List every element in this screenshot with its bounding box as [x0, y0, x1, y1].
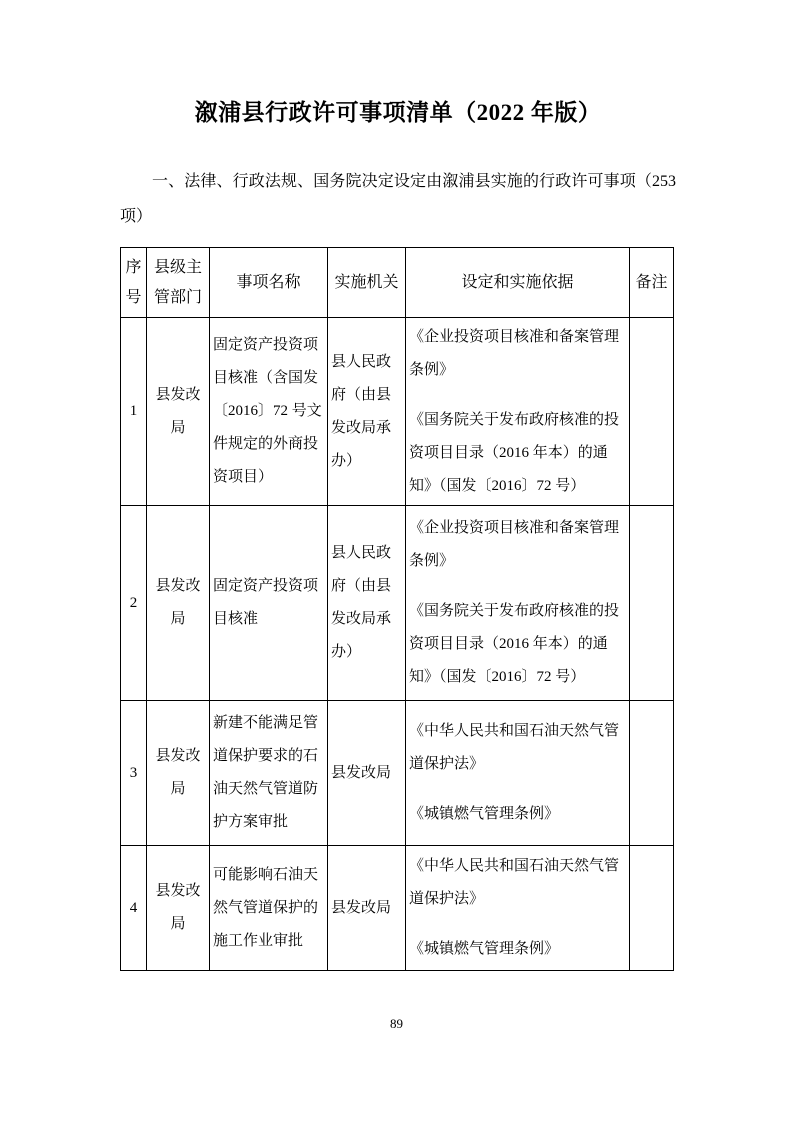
department-cell: 县发改局 [147, 846, 210, 971]
agency-cell: 县人民政府（由县发改局承办） [328, 506, 406, 701]
department-cell: 县发改局 [147, 701, 210, 846]
page-content: 溆浦县行政许可事项清单（2022 年版） 一、法律、行政法规、国务院决定设定由溆… [0, 0, 793, 971]
header-cell-agency: 实施机关 [328, 248, 406, 318]
agency-cell: 县发改局 [328, 701, 406, 846]
header-cell-department: 县级主管部门 [147, 248, 210, 318]
table-header-row: 序号 县级主管部门 事项名称 实施机关 设定和实施依据 备注 [121, 248, 674, 318]
basis-cell: 《企业投资项目核准和备案管理条例》 《国务院关于发布政府核准的投资项目目录（20… [406, 318, 630, 506]
agency-cell: 县发改局 [328, 846, 406, 971]
row-number-cell: 4 [121, 846, 147, 971]
remark-cell [630, 846, 674, 971]
table-row: 1 县发改局 固定资产投资项目核准（含国发〔2016〕72 号文件规定的外商投资… [121, 318, 674, 506]
table-row: 2 县发改局 固定资产投资项目核准 县人民政府（由县发改局承办） 《企业投资项目… [121, 506, 674, 701]
basis-cell: 《企业投资项目核准和备案管理条例》 《国务院关于发布政府核准的投资项目目录（20… [406, 506, 630, 701]
header-cell-item: 事项名称 [210, 248, 328, 318]
table-row: 3 县发改局 新建不能满足管道保护要求的石油天然气管道防护方案审批 县发改局 《… [121, 701, 674, 846]
item-name-cell: 固定资产投资项目核准 [210, 506, 328, 701]
item-name-cell: 可能影响石油天然气管道保护的施工作业审批 [210, 846, 328, 971]
row-number-cell: 2 [121, 506, 147, 701]
page-number: 89 [0, 1016, 793, 1032]
basis-paragraph: 《企业投资项目核准和备案管理条例》 [409, 512, 626, 578]
basis-paragraph: 《国务院关于发布政府核准的投资项目目录（2016 年本）的通知》（国发〔2016… [409, 595, 626, 694]
remark-cell [630, 701, 674, 846]
basis-paragraph: 《中华人民共和国石油天然气管道保护法》 [409, 850, 626, 916]
basis-cell: 《中华人民共和国石油天然气管道保护法》 《城镇燃气管理条例》 [406, 846, 630, 971]
basis-paragraph: 《企业投资项目核准和备案管理条例》 [409, 321, 626, 387]
basis-paragraph: 《城镇燃气管理条例》 [409, 933, 626, 966]
basis-paragraph: 《国务院关于发布政府核准的投资项目目录（2016 年本）的通知》（国发〔2016… [409, 404, 626, 503]
remark-cell [630, 506, 674, 701]
licensing-items-table: 序号 县级主管部门 事项名称 实施机关 设定和实施依据 备注 1 县发改局 固定… [120, 247, 674, 971]
document-page: 溆浦县行政许可事项清单（2022 年版） 一、法律、行政法规、国务院决定设定由溆… [0, 0, 793, 1122]
document-title: 溆浦县行政许可事项清单（2022 年版） [120, 0, 676, 128]
basis-paragraph: 《城镇燃气管理条例》 [409, 798, 626, 831]
department-cell: 县发改局 [147, 318, 210, 506]
item-name-cell: 新建不能满足管道保护要求的石油天然气管道防护方案审批 [210, 701, 328, 846]
header-cell-remark: 备注 [630, 248, 674, 318]
agency-cell: 县人民政府（由县发改局承办） [328, 318, 406, 506]
remark-cell [630, 318, 674, 506]
basis-cell: 《中华人民共和国石油天然气管道保护法》 《城镇燃气管理条例》 [406, 701, 630, 846]
department-cell: 县发改局 [147, 506, 210, 701]
item-name-cell: 固定资产投资项目核准（含国发〔2016〕72 号文件规定的外商投资项目） [210, 318, 328, 506]
header-cell-basis: 设定和实施依据 [406, 248, 630, 318]
header-cell-no: 序号 [121, 248, 147, 318]
row-number-cell: 3 [121, 701, 147, 846]
row-number-cell: 1 [121, 318, 147, 506]
basis-paragraph: 《中华人民共和国石油天然气管道保护法》 [409, 715, 626, 781]
section-heading: 一、法律、行政法规、国务院决定设定由溆浦县实施的行政许可事项（253 项） [120, 164, 676, 234]
table-row: 4 县发改局 可能影响石油天然气管道保护的施工作业审批 县发改局 《中华人民共和… [121, 846, 674, 971]
